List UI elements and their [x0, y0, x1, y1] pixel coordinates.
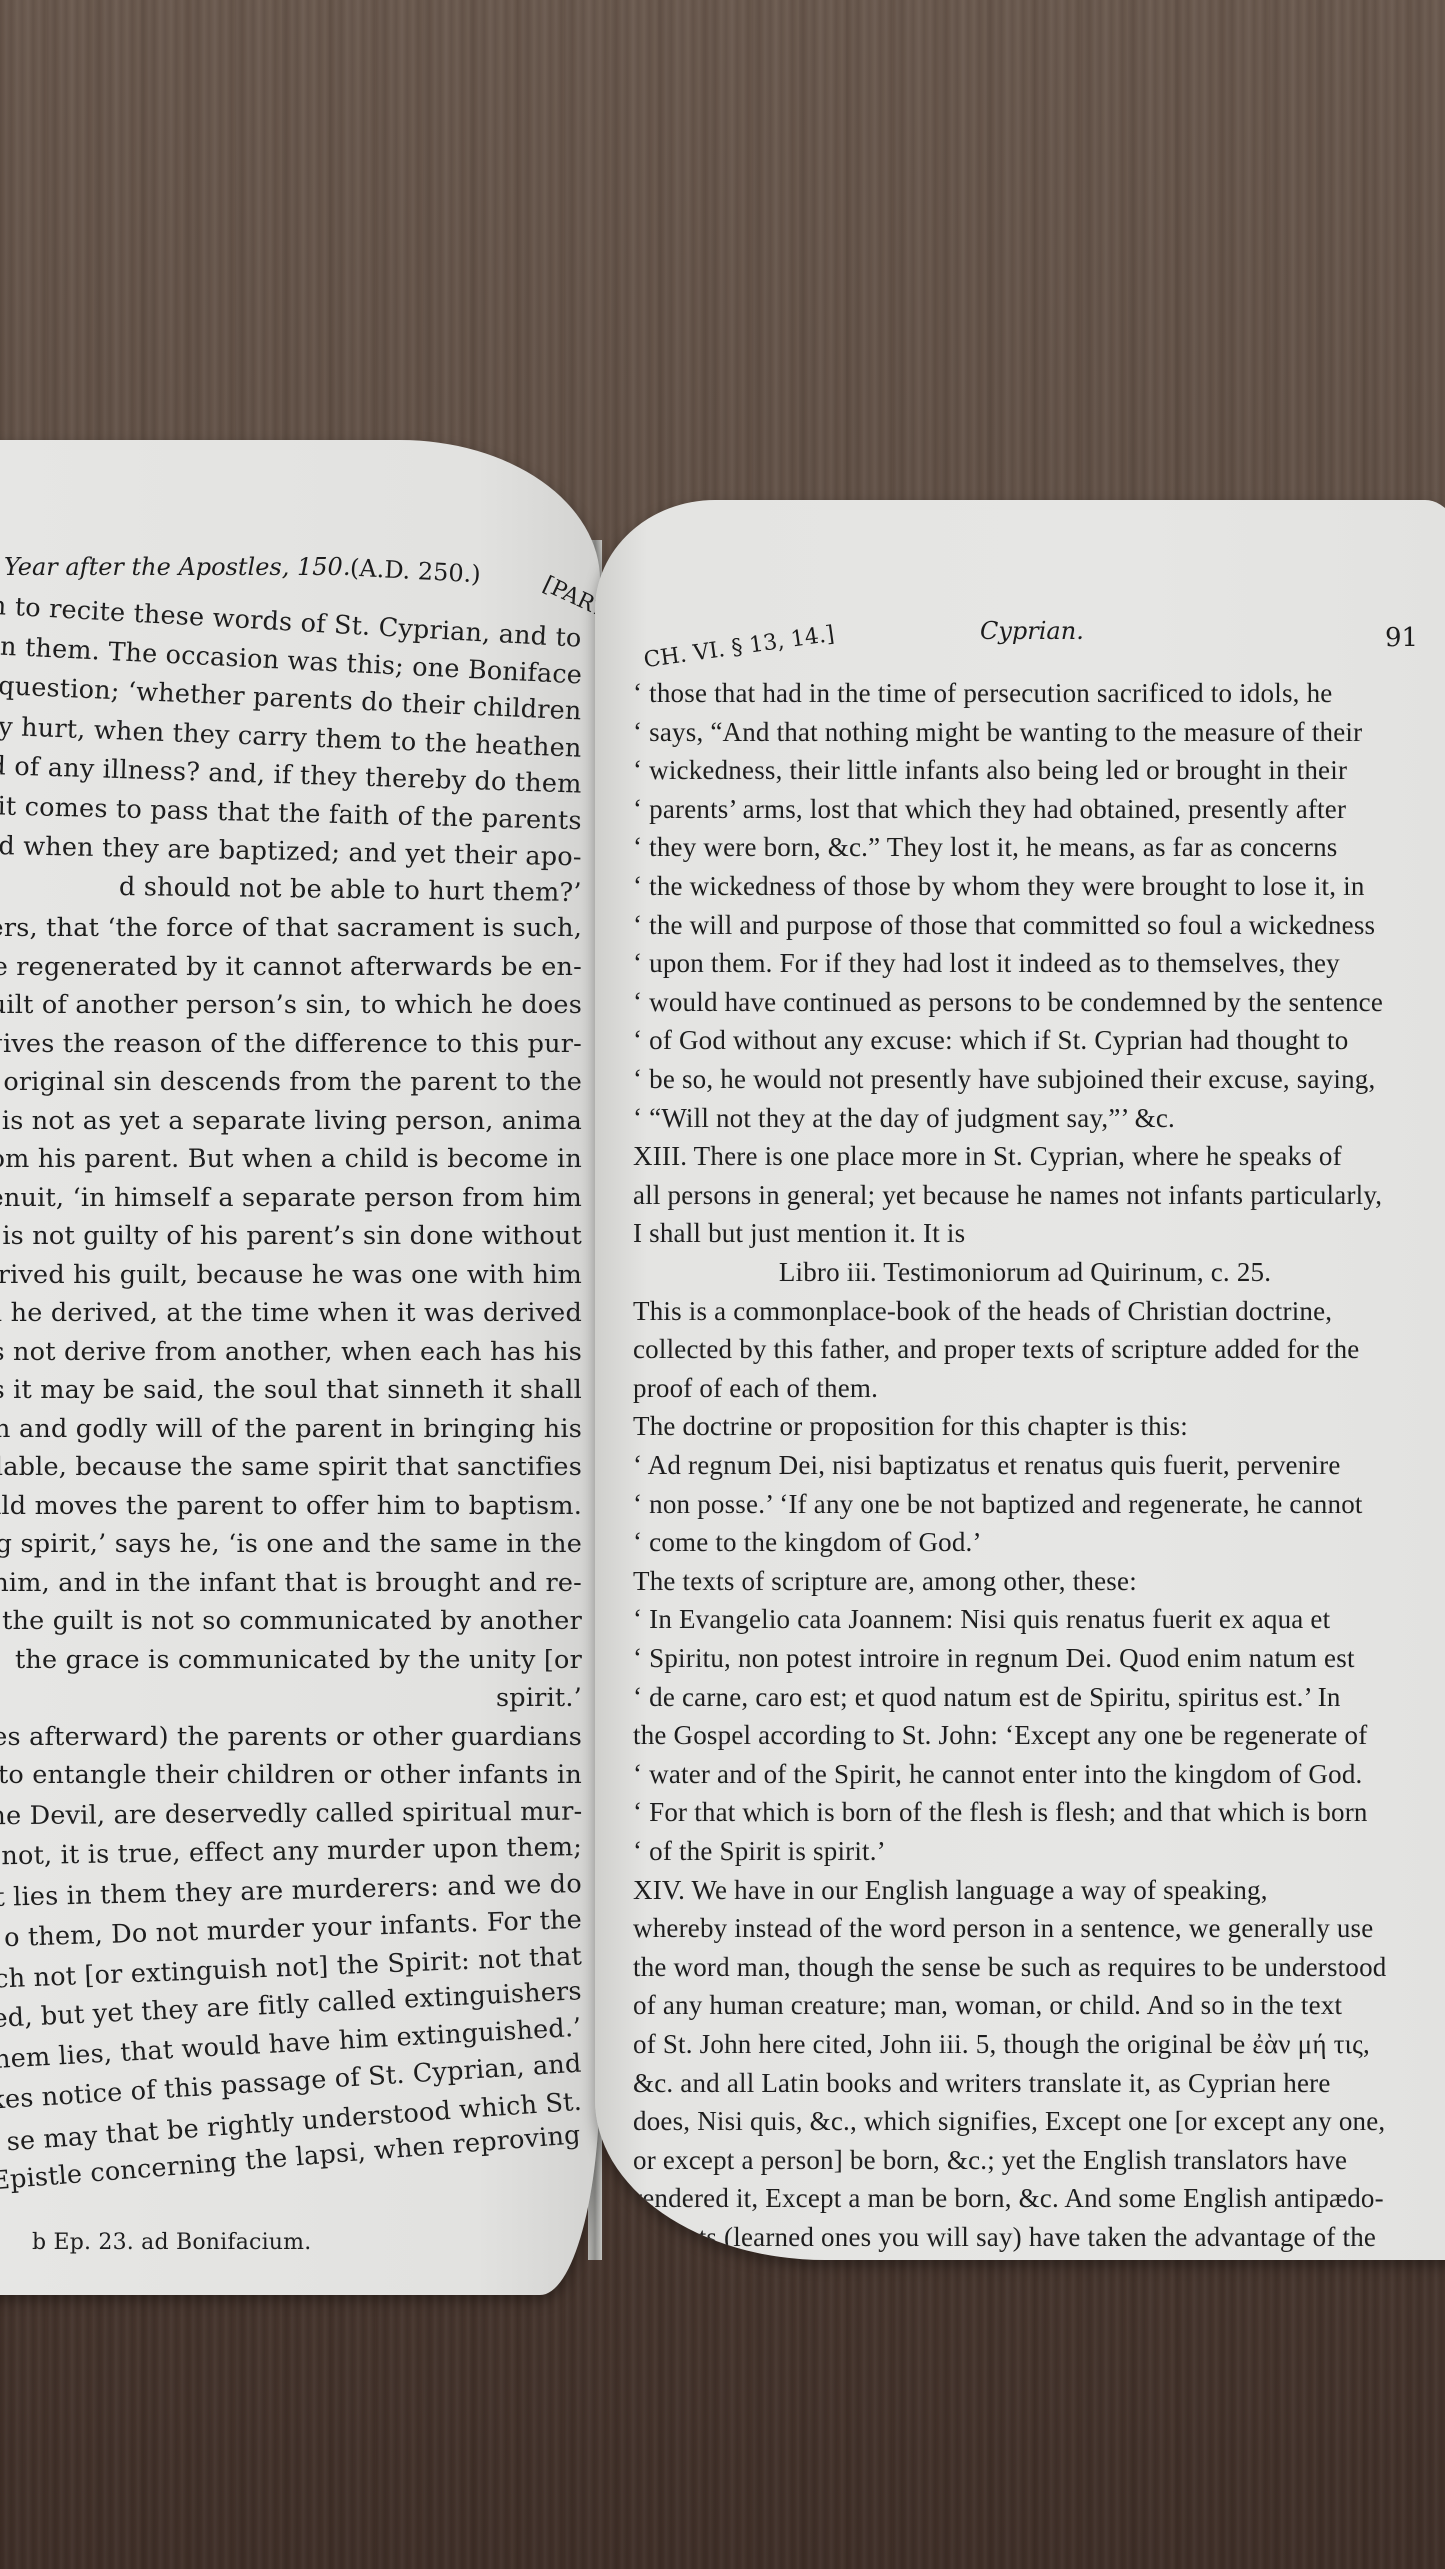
text-line: whereby instead of the word person in a …: [633, 1915, 1373, 1942]
text-line: d should not be able to hurt them?’: [119, 874, 582, 906]
text-line: ‘ they were born, &c.” They lost it, he …: [633, 834, 1338, 861]
text-line: ‘ water and of the Spirit, he cannot ent…: [633, 1761, 1362, 1788]
text-line: all persons in general; yet because he n…: [633, 1182, 1382, 1209]
text-line: whom he derived, at the time when it was…: [0, 1301, 582, 1327]
text-line: He gives the reason of the difference to…: [0, 1032, 582, 1058]
text-line: ‘ those that had in the time of persecut…: [633, 680, 1332, 707]
text-line: ‘ Ad regnum Dei, nisi baptizatus et rena…: [633, 1452, 1341, 1479]
text-line: ‘ upon them. For if they had lost it ind…: [633, 950, 1340, 977]
text-line: baptists (learned ones you will say) hav…: [633, 2224, 1376, 2251]
text-line: ‘ non posse.’ ‘If any one be not baptize…: [633, 1491, 1363, 1518]
text-line: ‘ de carne, caro est; et quod natum est …: [633, 1684, 1341, 1711]
text-line: of St. John here cited, John iii. 5, tho…: [633, 2031, 1370, 2058]
text-line: it lies in them they are murderers: and …: [0, 1871, 582, 1911]
text-line: e child is not as yet a separate living …: [0, 1109, 582, 1135]
text-line: how it comes to pass that the faith of t…: [0, 792, 582, 834]
text-line: is available, because the same spirit th…: [0, 1455, 582, 1481]
text-line: collected by this father, and proper tex…: [633, 1336, 1359, 1363]
left-page: Year after the Apostles, 150. (A.D. 250.…: [0, 440, 600, 2295]
text-line: ‘ come to the kingdom of God.’: [633, 1529, 982, 1556]
text-line: ‘ In Evangelio cata Joannem: Nisi quis r…: [633, 1606, 1330, 1633]
text-line: ‘ the wickedness of those by whom they w…: [633, 873, 1365, 900]
running-head-section: CH. VI. § 13, 14.]: [642, 622, 836, 673]
page-number: 91: [1385, 623, 1418, 653]
text-line: n stead when they are baptized; and yet …: [0, 833, 582, 871]
text-line: This is a commonplace-book of the heads …: [633, 1298, 1332, 1325]
text-line: so as it may be said, the soul that sinn…: [0, 1378, 582, 1404]
text-line: ‘ would have continued as persons to be …: [633, 989, 1383, 1016]
right-page: CH. VI. § 13, 14.] Cyprian. 91 ‘ those t…: [595, 500, 1445, 2260]
text-line: does not derive from another, when each …: [0, 1340, 582, 1366]
text-line: ith and godly will of the parent in brin…: [0, 1417, 582, 1443]
text-line: ‘ says, “And that nothing might be wanti…: [633, 719, 1362, 746]
running-head-title: Year after the Apostles, 150.: [4, 553, 350, 581]
text-line: &c. and all Latin books and writers tran…: [633, 2070, 1331, 2097]
text-line: ‘ be so, he would not presently have sub…: [633, 1066, 1375, 1093]
text-line: rendered it, Except a man be born, &c. A…: [633, 2185, 1384, 2212]
text-line: hus to entangle their children or other …: [0, 1763, 582, 1789]
text-line: nswers, that ‘the force of that sacramen…: [0, 916, 582, 942]
text-line: ‘ of God without any excuse: which if St…: [633, 1027, 1348, 1054]
text-line: serves afterward) the parents or other g…: [0, 1725, 582, 1751]
text-line: XIV. We have in our English language a w…: [633, 1877, 1268, 1904]
text-line: ‘ wickedness, their little infants also …: [633, 757, 1347, 784]
text-line: e guilt of another person’s sin, to whic…: [0, 993, 582, 1019]
text-line: ‘ the will and purpose of those that com…: [633, 912, 1375, 939]
text-line: I shall but just mention it. It is: [633, 1220, 965, 1247]
text-line: The texts of scripture are, among other,…: [633, 1568, 1137, 1595]
text-line: ,’ he is not guilty of his parent’s sin …: [0, 1224, 582, 1250]
text-line: ‘ “Will not they at the day of judgment …: [633, 1105, 1175, 1132]
text-line: do not, it is true, effect any murder up…: [0, 1835, 582, 1870]
text-line: Libro iii. Testimoniorum ad Quirinum, c.…: [595, 1259, 1445, 1286]
text-line: uilt of original sin descends from the p…: [0, 1070, 582, 1096]
text-line: qui genuit, ‘in himself a separate perso…: [0, 1186, 582, 1212]
text-line: nd the guilt is not so communicated by a…: [0, 1609, 582, 1635]
text-line: g spirit,’ says he, ‘is one and the same…: [0, 1532, 582, 1558]
text-line: he child moves the parent to offer him t…: [0, 1494, 582, 1520]
text-line: ‘ parents’ arms, lost that which they ha…: [633, 796, 1346, 823]
text-line: ‘ Spiritu, non potest introire in regnum…: [633, 1645, 1355, 1672]
text-line: e derived his guilt, because he was one …: [0, 1263, 582, 1289]
text-line: the Devil, are deservedly called spiritu…: [0, 1799, 582, 1829]
running-head-title: Cyprian.: [980, 617, 1084, 645]
text-line: g him, and in the infant that is brought…: [0, 1571, 582, 1597]
text-line: the word man, though the sense be such a…: [633, 1954, 1386, 1981]
text-line: ‘ of the Spirit is spirit.’: [633, 1838, 886, 1865]
text-line: The doctrine or proposition for this cha…: [633, 1413, 1188, 1440]
text-line: does, Nisi quis, &c., which signifies, E…: [633, 2108, 1385, 2135]
text-line: spirit.’: [496, 1686, 582, 1712]
text-line: , from his parent. But when a child is b…: [0, 1147, 582, 1173]
text-line: the grace is communicated by the unity […: [15, 1648, 582, 1674]
text-line: the Gospel according to St. John: ‘Excep…: [633, 1722, 1367, 1749]
footnote: b Ep. 23. ad Bonifacium.: [32, 2232, 311, 2254]
text-line: ‘ For that which is born of the flesh is…: [633, 1799, 1368, 1826]
text-line: of any human creature; man, woman, or ch…: [633, 1992, 1342, 2019]
text-line: is once regenerated by it cannot afterwa…: [0, 955, 582, 981]
text-line: or except a person] be born, &c.; yet th…: [633, 2147, 1347, 2174]
text-line: XIII. There is one place more in St. Cyp…: [633, 1143, 1342, 1170]
text-line: proof of each of them.: [633, 1375, 878, 1402]
running-head-date: (A.D. 250.): [349, 554, 481, 589]
